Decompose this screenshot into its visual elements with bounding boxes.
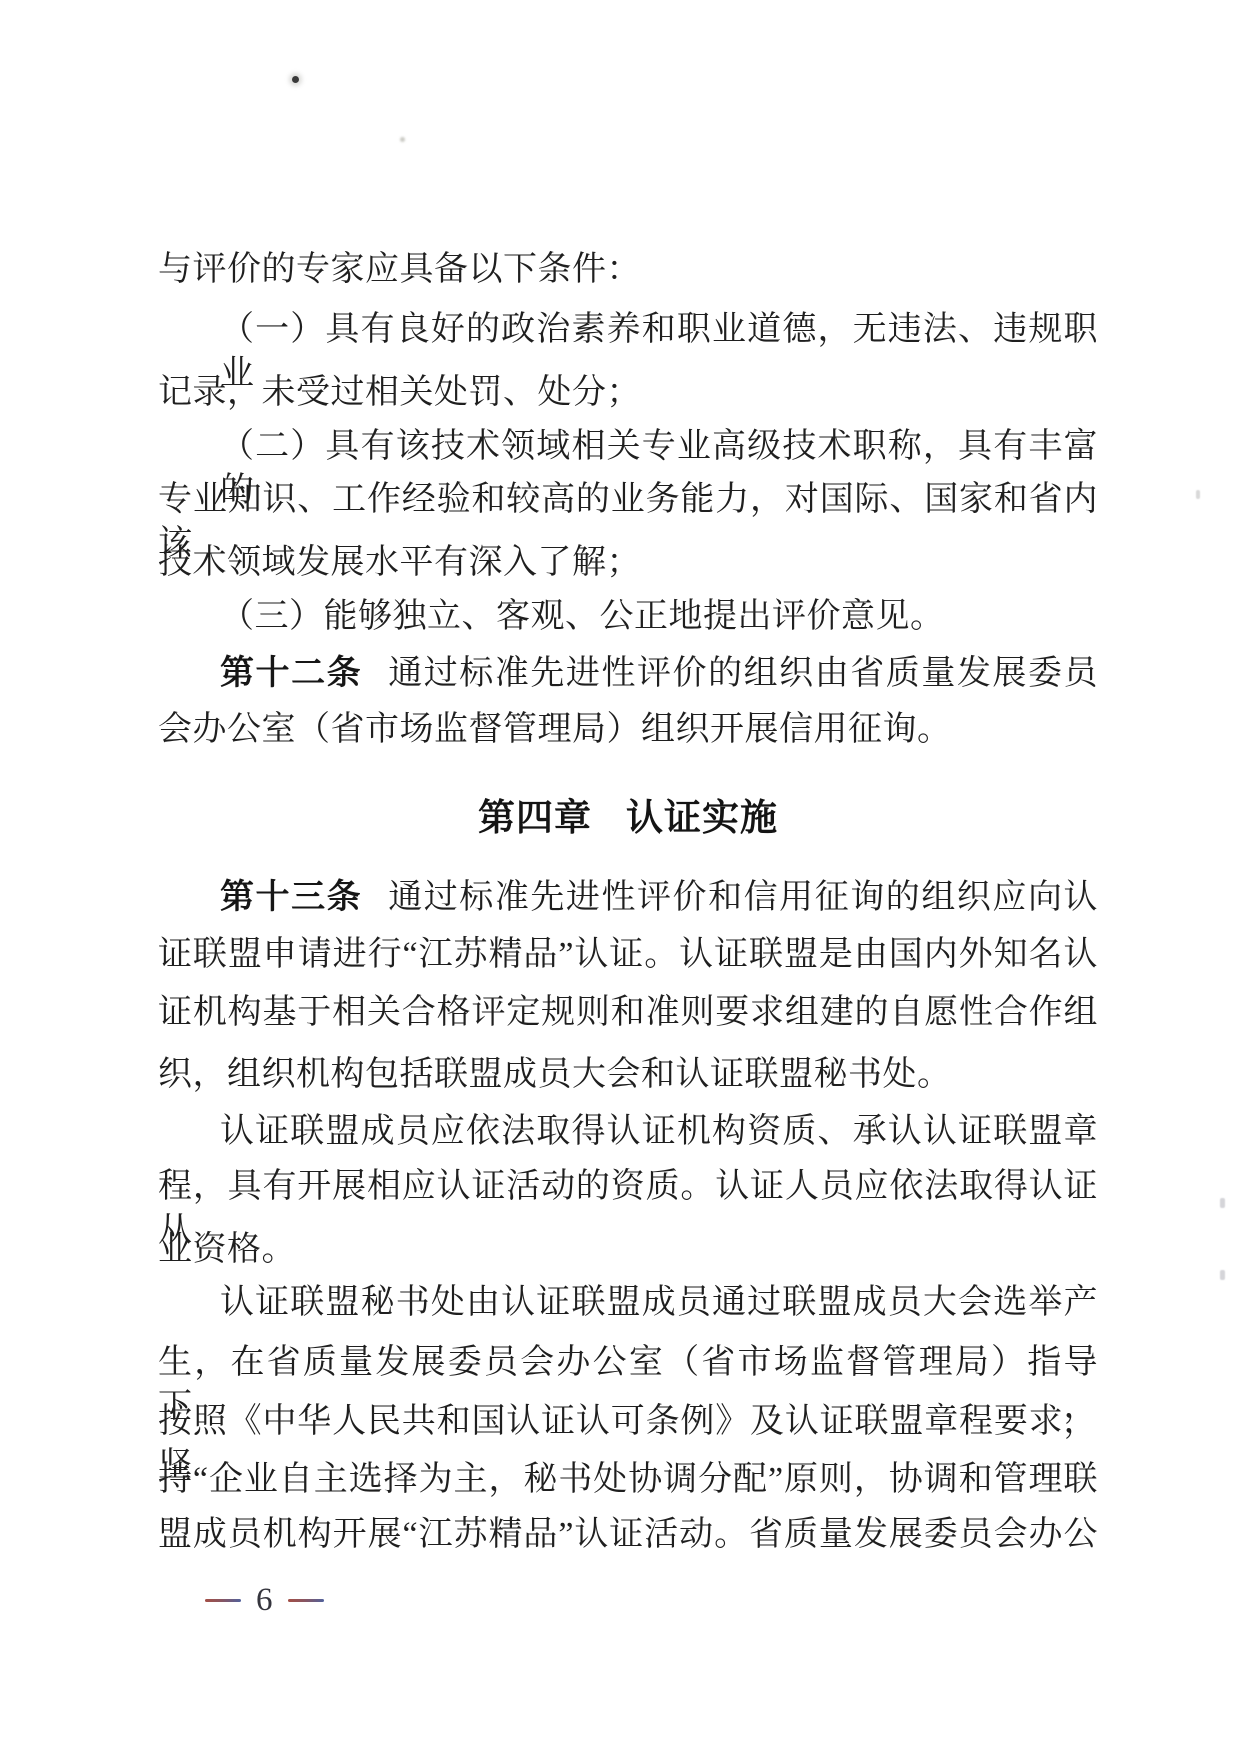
scan-artifact xyxy=(1220,1270,1225,1280)
text-line: 认证联盟秘书处由认证联盟成员通过联盟成员大会选举产 xyxy=(158,1281,1098,1325)
scan-artifact xyxy=(400,137,405,142)
text-line: 生，在省质量发展委员会办公室（省市场监督管理局）指导下， xyxy=(158,1341,1098,1385)
chapter-number: 第四章 xyxy=(478,797,592,838)
page-footer: 6 xyxy=(205,1580,324,1620)
text-line: （一）具有良好的政治素养和职业道德，无违法、违规职业 xyxy=(158,308,1098,352)
text-line: 业资格。 xyxy=(158,1228,1098,1272)
text-line: 盟成员机构开展“江苏精品”认证活动。省质量发展委员会办公 xyxy=(158,1513,1098,1557)
text-line: 证联盟申请进行“江苏精品”认证。认证联盟是由国内外知名认 xyxy=(158,933,1098,977)
text-line: 第十二条通过标准先进性评价的组织由省质量发展委员 xyxy=(158,651,1098,695)
text-line: 证机构基于相关合格评定规则和准则要求组建的自愿性合作组 xyxy=(158,991,1098,1035)
text-line: 技术领域发展水平有深入了解； xyxy=(158,541,1098,585)
chapter-heading: 第四章认证实施 xyxy=(158,795,1098,841)
scan-artifact xyxy=(1196,490,1200,499)
text-line: （三）能够独立、客观、公正地提出评价意见。 xyxy=(158,595,1098,639)
article-number: 第十三条 xyxy=(220,878,362,916)
text-line: 按照《中华人民共和国认证认可条例》及认证联盟章程要求，坚 xyxy=(158,1400,1098,1444)
text-line: 持“企业自主选择为主，秘书处协调分配”原则，协调和管理联 xyxy=(158,1458,1098,1502)
text-line: 织，组织机构包括联盟成员大会和认证联盟秘书处。 xyxy=(158,1053,1098,1097)
text-line: 程，具有开展相应认证活动的资质。认证人员应依法取得认证从 xyxy=(158,1165,1098,1209)
document-page: 与评价的专家应具备以下条件： （一）具有良好的政治素养和职业道德，无违法、违规职… xyxy=(0,0,1240,1752)
text-line: 记录，未受过相关处罚、处分； xyxy=(158,371,1098,415)
chapter-title: 认证实施 xyxy=(626,797,778,838)
article-number: 第十二条 xyxy=(220,654,362,692)
scan-artifact xyxy=(1220,1198,1225,1208)
text-line: 专业知识、工作经验和较高的业务能力，对国际、国家和省内该 xyxy=(158,478,1098,522)
page-number-dash-right xyxy=(288,1599,324,1602)
page-number: 6 xyxy=(256,1580,273,1620)
text-line: 第十三条通过标准先进性评价和信用征询的组织应向认 xyxy=(158,875,1098,919)
text-line: （二）具有该技术领域相关专业高级技术职称，具有丰富的 xyxy=(158,425,1098,469)
text-line: 会办公室（省市场监督管理局）组织开展信用征询。 xyxy=(158,708,1098,752)
article-text: 通过标准先进性评价和信用征询的组织应向认 xyxy=(388,879,1098,916)
scan-artifact xyxy=(292,76,299,83)
page-number-dash-left xyxy=(205,1599,241,1602)
article-text: 通过标准先进性评价的组织由省质量发展委员 xyxy=(388,655,1098,692)
text-line: 认证联盟成员应依法取得认证机构资质、承认认证联盟章 xyxy=(158,1110,1098,1154)
text-line: 与评价的专家应具备以下条件： xyxy=(158,248,1098,292)
